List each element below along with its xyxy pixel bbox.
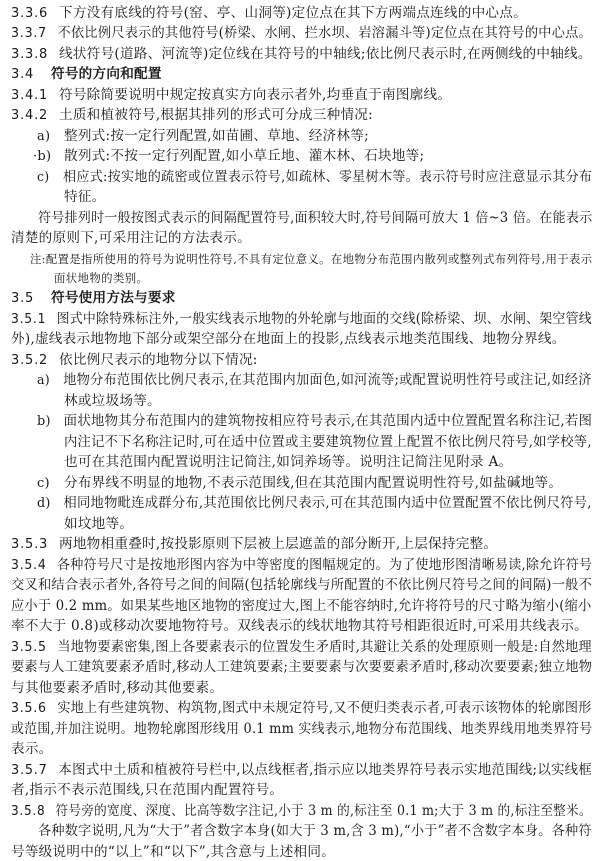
section-heading: 3.4符号的方向和配置 bbox=[11, 64, 162, 84]
line-text: 地物分布范围依比例尺表示,在其范围内加面色,如河流等;或配置说明性符号或注记,如… bbox=[63, 372, 591, 388]
paragraph-line: 各种数字说明,凡为“大于”者含数字本身(如大于 3 m,含 3 m),“小于”者… bbox=[38, 821, 592, 841]
line-text: 林或垃圾场等。 bbox=[64, 393, 161, 409]
line-text: 整列式:按一定行列配置,如苗圃、草地、经济林等; bbox=[64, 128, 369, 144]
paragraph-line: 3.5.5当地物要素密集,图上各要素表示的位置发生矛盾时,其避让关系的处理原则一… bbox=[11, 637, 592, 657]
clause-number: 3.4 bbox=[11, 65, 51, 85]
line-text: 下方没有底线的符号(窑、亭、山洞等)定位点在其下方两端点连线的中心点。 bbox=[59, 5, 527, 21]
clause-number: 3.3.7 bbox=[11, 24, 58, 44]
clause-number: 3.3.8 bbox=[11, 45, 59, 65]
paragraph-line: 内注记不下名称注记时,可在适中位置或主要建筑物位置上配置不依比例尺符号,如学校等… bbox=[64, 432, 592, 452]
line-text: 面状地物的类别。 bbox=[54, 271, 148, 285]
clause-number: 3.3.6 bbox=[11, 4, 59, 24]
clause-number: 3.5.1 bbox=[11, 310, 57, 330]
document-page: 3.3.6下方没有底线的符号(窑、亭、山洞等)定位点在其下方两端点连线的中心点。… bbox=[0, 0, 600, 861]
line-text: 应小于 0.2 mm。如果某些地区地物的密度过大,图上不能容纳时,允许将符号的尺… bbox=[11, 598, 592, 614]
line-text: 清楚的原则下,可采用注记的方法表示。 bbox=[11, 230, 251, 246]
list-marker: a) bbox=[37, 371, 63, 391]
paragraph-line: 3.5.3两地物相重叠时,按投影原则下层被上层遮盖的部分断开,上层保持完整。 bbox=[11, 534, 497, 554]
line-text: 注:配置是指所使用的符号为说明性符号,不具有定位意义。在地物分布范围内散列或整列… bbox=[30, 252, 592, 266]
list-item: c)分布界线不明显的地物,不表示范围线,但在其范围内配置说明性符号,如盐碱地等。 bbox=[37, 473, 562, 493]
paragraph-line: 要素与人工建筑要素矛盾时,移动人工建筑要素;主要要素与次要要素矛盾时,移动次要要… bbox=[11, 657, 592, 677]
clause-number: 3.5.2 bbox=[11, 351, 59, 371]
list-marker: a) bbox=[37, 127, 64, 147]
line-text: 号等级说明中的“以上”和“以下”,其含意与上述相同。 bbox=[11, 844, 335, 860]
list-item: a)地物分布范围依比例尺表示,在其范围内加面色,如河流等;或配置说明性符号或注记… bbox=[37, 370, 592, 390]
line-text: 外),虚线表示地物地下部分或架空部分在地面上的投影,点线表示地类范围线、地物分界… bbox=[11, 331, 566, 347]
note-line: 注:配置是指所使用的符号为说明性符号,不具有定位意义。在地物分布范围内散列或整列… bbox=[30, 249, 592, 269]
line-text: 依比例尺表示的地物分以下情况: bbox=[59, 352, 258, 368]
paragraph-line: 交叉和结合表示者外,各符号之间的间隔(包括轮廓线与所配置的不依比例尺符号之间的间… bbox=[11, 575, 592, 595]
clause-number: 3.5.4 bbox=[11, 556, 57, 576]
list-marker: c) bbox=[37, 474, 64, 494]
paragraph-line: 应小于 0.2 mm。如果某些地区地物的密度过大,图上不能容纳时,允许将符号的尺… bbox=[11, 596, 592, 616]
list-item: ·b)散列式:不按一定行列配置,如小草丘地、灌木林、石块地等; bbox=[33, 146, 424, 166]
line-text: 线状符号(道路、河流等)定位线在其符号的中轴线;依比例尺表示时,在两侧线的中轴线… bbox=[59, 46, 592, 62]
paragraph-line: 3.5.8符号旁的宽度、深度、比高等数字注记,小于 3 m 的,标注至 0.1 … bbox=[11, 801, 592, 821]
paragraph-line: 3.3.6下方没有底线的符号(窑、亭、山洞等)定位点在其下方两端点连线的中心点。 bbox=[11, 3, 527, 23]
paragraph-line: 号等级说明中的“以上”和“以下”,其含意与上述相同。 bbox=[11, 842, 335, 861]
line-text: 表示。 bbox=[11, 741, 53, 757]
line-text: 符号旁的宽度、深度、比高等数字注记,小于 3 m 的,标注至 0.1 m;大于 … bbox=[56, 803, 592, 819]
list-marker: b) bbox=[37, 412, 64, 432]
clause-number: 3.5.7 bbox=[11, 761, 58, 781]
list-marker: d) bbox=[37, 494, 63, 514]
paragraph-line: 也可在其范围内配置说明注记简注,如饲养场等。说明注记简注见附录 A。 bbox=[64, 452, 512, 472]
line-text: 面状地物其分布范围内的建筑物按相应符号表示,在其范围内适中位置配置名称注记,若图 bbox=[64, 413, 593, 429]
paragraph-line: 3.3.8线状符号(道路、河流等)定位线在其符号的中轴线;依比例尺表示时,在两侧… bbox=[11, 44, 592, 64]
list-item: d)相同地物毗连成群分布,其范围依比例尺表示,可在其范围内适中位置配置不依比例尺… bbox=[37, 493, 592, 513]
paragraph-line: 外),虚线表示地物地下部分或架空部分在地面上的投影,点线表示地类范围线、地物分界… bbox=[11, 329, 566, 349]
paragraph-line: 者,指示不表示范围线,只在范围内配置符号。 bbox=[11, 780, 283, 800]
line-text: 如坟地等。 bbox=[64, 516, 133, 532]
line-text: 两地物相重叠时,按投影原则下层被上层遮盖的部分断开,上层保持完整。 bbox=[59, 536, 497, 552]
clause-number: 3.5.6 bbox=[11, 699, 57, 719]
line-text: 符号的方向和配置 bbox=[51, 66, 162, 82]
paragraph-line: 率不大于 0.8)或移动次要地物符号。双线表示的线状地物其符号相距很近时,可采用… bbox=[11, 616, 588, 636]
clause-number: 3.5.3 bbox=[11, 535, 59, 555]
paragraph-line: 3.5.7本图式中土质和植被符号栏中,以点线框者,指示应以地类界符号表示实地范围… bbox=[11, 760, 592, 780]
paragraph-line: 3.4.2土质和植被符号,根据其排列的形式可分成三种情况: bbox=[11, 105, 373, 125]
paragraph-line: 3.3.7不依比例尺表示的其他符号(桥梁、水闸、拦水坝、岩溶漏斗等)定位点在其符… bbox=[11, 23, 592, 43]
line-text: 各种符号尺寸是按地形图内容为中等密度的图幅规定的。为了使地形图清晰易读,除允许符… bbox=[57, 557, 592, 573]
line-text: 符号除简要说明中规定按真实方向表示者外,均垂直于南图廓线。 bbox=[59, 87, 451, 103]
line-text: 本图式中土质和植被符号栏中,以点线框者,指示应以地类界符号表示实地范围线;以实线… bbox=[58, 762, 592, 778]
clause-number: 3.5.8 bbox=[11, 802, 56, 822]
paragraph-line: 3.5.4各种符号尺寸是按地形图内容为中等密度的图幅规定的。为了使地形图清晰易读… bbox=[11, 555, 592, 575]
line-text: 散列式:不按一定行列配置,如小草丘地、灌木林、石块地等; bbox=[64, 148, 424, 164]
paragraph-line: 与其他要素矛盾时,移动其他要素。 bbox=[11, 678, 223, 698]
paragraph-line: 3.4.1符号除简要说明中规定按真实方向表示者外,均垂直于南图廓线。 bbox=[11, 85, 451, 105]
line-text: 各种数字说明,凡为“大于”者含数字本身(如大于 3 m,含 3 m),“小于”者… bbox=[38, 823, 592, 839]
paragraph-line: 清楚的原则下,可采用注记的方法表示。 bbox=[11, 228, 251, 248]
list-marker: c) bbox=[37, 168, 63, 188]
list-item: a)整列式:按一定行列配置,如苗圃、草地、经济林等; bbox=[37, 126, 369, 146]
line-text: 符号使用方法与要求 bbox=[51, 290, 176, 306]
paragraph-line: 或范围,并加注说明。地物轮廓图形线用 0.1 mm 实线表示,地物分布范围线、地… bbox=[11, 719, 592, 739]
section-heading: 3.5符号使用方法与要求 bbox=[11, 288, 176, 308]
paragraph-line: 表示。 bbox=[11, 739, 53, 759]
line-text: 或范围,并加注说明。地物轮廓图形线用 0.1 mm 实线表示,地物分布范围线、地… bbox=[11, 721, 592, 737]
line-text: 分布界线不明显的地物,不表示范围线,但在其范围内配置说明性符号,如盐碱地等。 bbox=[64, 475, 562, 491]
list-item: b)面状地物其分布范围内的建筑物按相应符号表示,在其范围内适中位置配置名称注记,… bbox=[37, 411, 592, 431]
list-item: c)相应式:按实地的疏密或位置表示符号,如疏林、零星树木等。表示符号时应注意显示… bbox=[37, 167, 592, 187]
line-text: 实地上有些建筑物、构筑物,图式中未规定符号,又不便归类表示者,可表示该物体的轮廓… bbox=[57, 700, 591, 716]
line-text: 内注记不下名称注记时,可在适中位置或主要建筑物位置上配置不依比例尺符号,如学校等… bbox=[64, 434, 592, 450]
line-text: 当地物要素密集,图上各要素表示的位置发生矛盾时,其避让关系的处理原则一般是:自然… bbox=[57, 639, 592, 655]
line-text: 率不大于 0.8)或移动次要地物符号。双线表示的线状地物其符号相距很近时,可采用… bbox=[11, 618, 588, 634]
line-text: 要素与人工建筑要素矛盾时,移动人工建筑要素;主要要素与次要要素矛盾时,移动次要要… bbox=[11, 659, 592, 675]
line-text: 不依比例尺表示的其他符号(桥梁、水闸、拦水坝、岩溶漏斗等)定位点在其符号的中心点… bbox=[58, 25, 592, 41]
line-text: 与其他要素矛盾时,移动其他要素。 bbox=[11, 680, 223, 696]
note-line: 面状地物的类别。 bbox=[54, 268, 148, 288]
clause-number: 3.4.1 bbox=[11, 86, 59, 106]
line-text: 特征。 bbox=[64, 189, 106, 205]
line-text: 相应式:按实地的疏密或位置表示符号,如疏林、零星树木等。表示符号时应注意显示其分… bbox=[63, 169, 592, 185]
paragraph-line: 3.5.6实地上有些建筑物、构筑物,图式中未规定符号,又不便归类表示者,可表示该… bbox=[11, 698, 592, 718]
line-text: 交叉和结合表示者外,各符号之间的间隔(包括轮廓线与所配置的不依比例尺符号之间的间… bbox=[11, 577, 592, 593]
paragraph-line: 符号排列时一般按图式表示的间隔配置符号,面积较大时,符号间隔可放大 1 倍~3 … bbox=[38, 208, 592, 228]
clause-number: 3.5 bbox=[11, 289, 51, 309]
line-text: 相同地物毗连成群分布,其范围依比例尺表示,可在其范围内适中位置配置不依比例尺符号… bbox=[63, 495, 591, 511]
line-text: 也可在其范围内配置说明注记简注,如饲养场等。说明注记简注见附录 A。 bbox=[64, 454, 512, 470]
list-marker: ·b) bbox=[33, 147, 64, 167]
clause-number: 3.4.2 bbox=[11, 106, 59, 126]
paragraph-line: 如坟地等。 bbox=[64, 514, 133, 534]
line-text: 者,指示不表示范围线,只在范围内配置符号。 bbox=[11, 782, 283, 798]
line-text: 符号排列时一般按图式表示的间隔配置符号,面积较大时,符号间隔可放大 1 倍~3 … bbox=[38, 210, 592, 226]
paragraph-line: 3.5.2依比例尺表示的地物分以下情况: bbox=[11, 350, 258, 370]
paragraph-line: 特征。 bbox=[64, 187, 106, 207]
clause-number: 3.5.5 bbox=[11, 638, 57, 658]
paragraph-line: 3.5.1图式中除特殊标注外,一般实线表示地物的外轮廓与地面的交线(除桥梁、坝、… bbox=[11, 309, 592, 329]
paragraph-line: 林或垃圾场等。 bbox=[64, 391, 161, 411]
line-text: 土质和植被符号,根据其排列的形式可分成三种情况: bbox=[59, 107, 373, 123]
line-text: 图式中除特殊标注外,一般实线表示地物的外轮廓与地面的交线(除桥梁、坝、水闸、架空… bbox=[57, 311, 592, 327]
